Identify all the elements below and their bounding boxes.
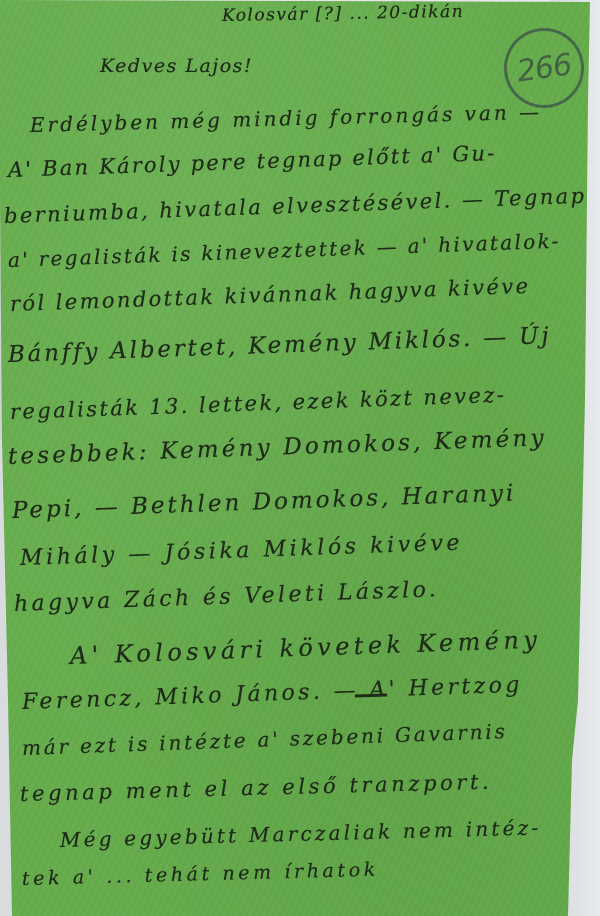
letter-heading: Kolosvár [?] ... 20-dikán [222, 2, 464, 26]
ink-strike-mark [355, 693, 387, 697]
letter-line: regalisták 13. lettek, ezek közt nevez- [10, 383, 507, 424]
letter-line: a' regalisták is kineveztettek — a' hiva… [8, 229, 561, 272]
letter-line: Ferencz, Miko János. — A' Hertzog [22, 673, 524, 715]
letter-line: Még egyebütt Marczaliak nem intéz- [60, 815, 542, 852]
letter-line: berniumba, hivatala elvesztésével. — Teg… [4, 184, 587, 228]
letter-line: Bánffy Albertet, Kemény Miklós. — Új [8, 323, 552, 368]
archive-number: 266 [515, 47, 574, 89]
letter-line: hagyva Zách és Veleti Lászlo. [14, 577, 440, 617]
letter-page: Kolosvár [?] ... 20-dikán 266 Kedves Laj… [0, 0, 600, 916]
letter-line: A' Ban Károly pere tegnap előtt a' Gu- [8, 141, 497, 182]
letter-line: ról lemondottak kivánnak hagyva kivéve [10, 274, 531, 316]
letter-line: A' Kolosvári követek Kemény [70, 626, 542, 670]
letter-line: tegnap ment el az első tranzport. [20, 770, 493, 806]
letter-line: már ezt is intézte a' szebeni Gavarnis [22, 719, 508, 760]
salutation: Kedves Lajos! [100, 55, 253, 77]
letter-line: tesebbek: Kemény Domokos, Kemény [8, 425, 548, 470]
letter-line: Mihály — Jósika Miklós kivéve [20, 531, 464, 571]
letter-line: tek a' ... tehát nem írhatok [22, 859, 379, 890]
archive-number-stamp: 266 [499, 23, 589, 113]
letter-line: Erdélyben még mindig forrongás van — [30, 100, 543, 137]
letter-line: Pepi, — Bethlen Domokos, Haranyi [12, 480, 517, 524]
